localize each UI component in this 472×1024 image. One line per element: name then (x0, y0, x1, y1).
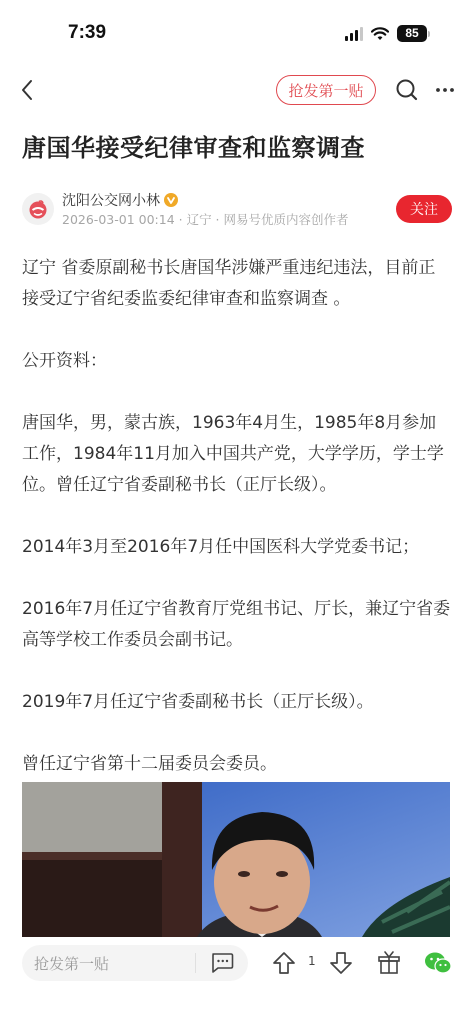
share-wechat-button[interactable] (424, 951, 452, 975)
comment-input[interactable]: 抢发第一贴 (22, 945, 248, 981)
downvote-button[interactable] (329, 951, 353, 975)
more-horizontal-icon (432, 77, 458, 103)
status-icons: 85 (345, 25, 430, 42)
article-title: 唐国华接受纪律审查和监察调查 (22, 128, 365, 163)
arrow-down-icon (329, 951, 353, 975)
nav-bar: 抢发第一贴 (0, 70, 472, 110)
wifi-icon (371, 27, 389, 41)
paragraph: 2016年7月任辽宁省教育厅党组书记、厅长，兼辽宁省委高等学校工作委员会副书记。 (22, 594, 452, 656)
comment-placeholder: 抢发第一贴 (34, 953, 109, 974)
verified-badge-icon (164, 193, 178, 207)
chevron-left-icon (16, 78, 40, 102)
article-body: 辽宁 省委原副秘书长唐国华涉嫌严重违纪违法，目前正接受辽宁省纪委监委纪律审查和监… (22, 253, 452, 811)
gift-icon (377, 949, 401, 975)
paragraph: 2019年7月任辽宁省委副秘书长（正厅长级）。 (22, 687, 452, 718)
publish-date: 2026-03-01 00:14 (62, 212, 175, 227)
bottom-action-bar: 抢发第一贴 1 (0, 937, 472, 997)
paragraph: 辽宁 省委原副秘书长唐国华涉嫌严重违纪违法，目前正接受辽宁省纪委监委纪律审查和监… (22, 253, 452, 315)
status-bar: 7:39 85 (0, 0, 472, 70)
author-avatar[interactable] (22, 193, 54, 225)
cellular-signal-icon (345, 27, 363, 41)
arrow-up-icon (272, 951, 296, 975)
author-name: 沈阳公交网小林 (62, 190, 160, 210)
paragraph: 公开资料： (22, 346, 452, 377)
battery-level: 85 (397, 25, 427, 42)
wechat-icon (424, 951, 452, 975)
vote-count: 1 (308, 954, 316, 968)
creator-badge: 网易号优质内容创作者 (224, 212, 349, 227)
gift-button[interactable] (377, 949, 401, 975)
author-meta: 2026-03-01 00:14 · 辽宁 · 网易号优质内容创作者 (62, 210, 349, 228)
divider (195, 953, 196, 973)
article-photo[interactable] (22, 782, 450, 937)
comments-button[interactable] (210, 952, 234, 974)
publish-location: 辽宁 (187, 212, 212, 227)
portrait-photo (22, 782, 450, 937)
back-button[interactable] (16, 78, 40, 102)
follow-button[interactable]: 关注 (396, 195, 452, 223)
more-button[interactable] (432, 77, 458, 103)
comment-bubble-icon (210, 952, 234, 974)
paragraph: 曾任辽宁省第十二届委员会委员。 (22, 749, 452, 780)
first-post-button[interactable]: 抢发第一贴 (276, 75, 376, 105)
author-name-link[interactable]: 沈阳公交网小林 (62, 190, 178, 210)
search-icon (394, 77, 420, 103)
upvote-button[interactable] (272, 951, 296, 975)
battery-icon: 85 (397, 25, 430, 42)
status-time: 7:39 (68, 22, 106, 44)
author-row: 沈阳公交网小林 2026-03-01 00:14 · 辽宁 · 网易号优质内容创… (22, 190, 452, 230)
avatar-logo-icon (27, 198, 49, 220)
search-button[interactable] (394, 77, 420, 103)
paragraph: 2014年3月至2016年7月任中国医科大学党委书记； (22, 532, 452, 563)
paragraph: 唐国华，男，蒙古族，1963年4月生，1985年8月参加工作，1984年11月加… (22, 408, 452, 501)
